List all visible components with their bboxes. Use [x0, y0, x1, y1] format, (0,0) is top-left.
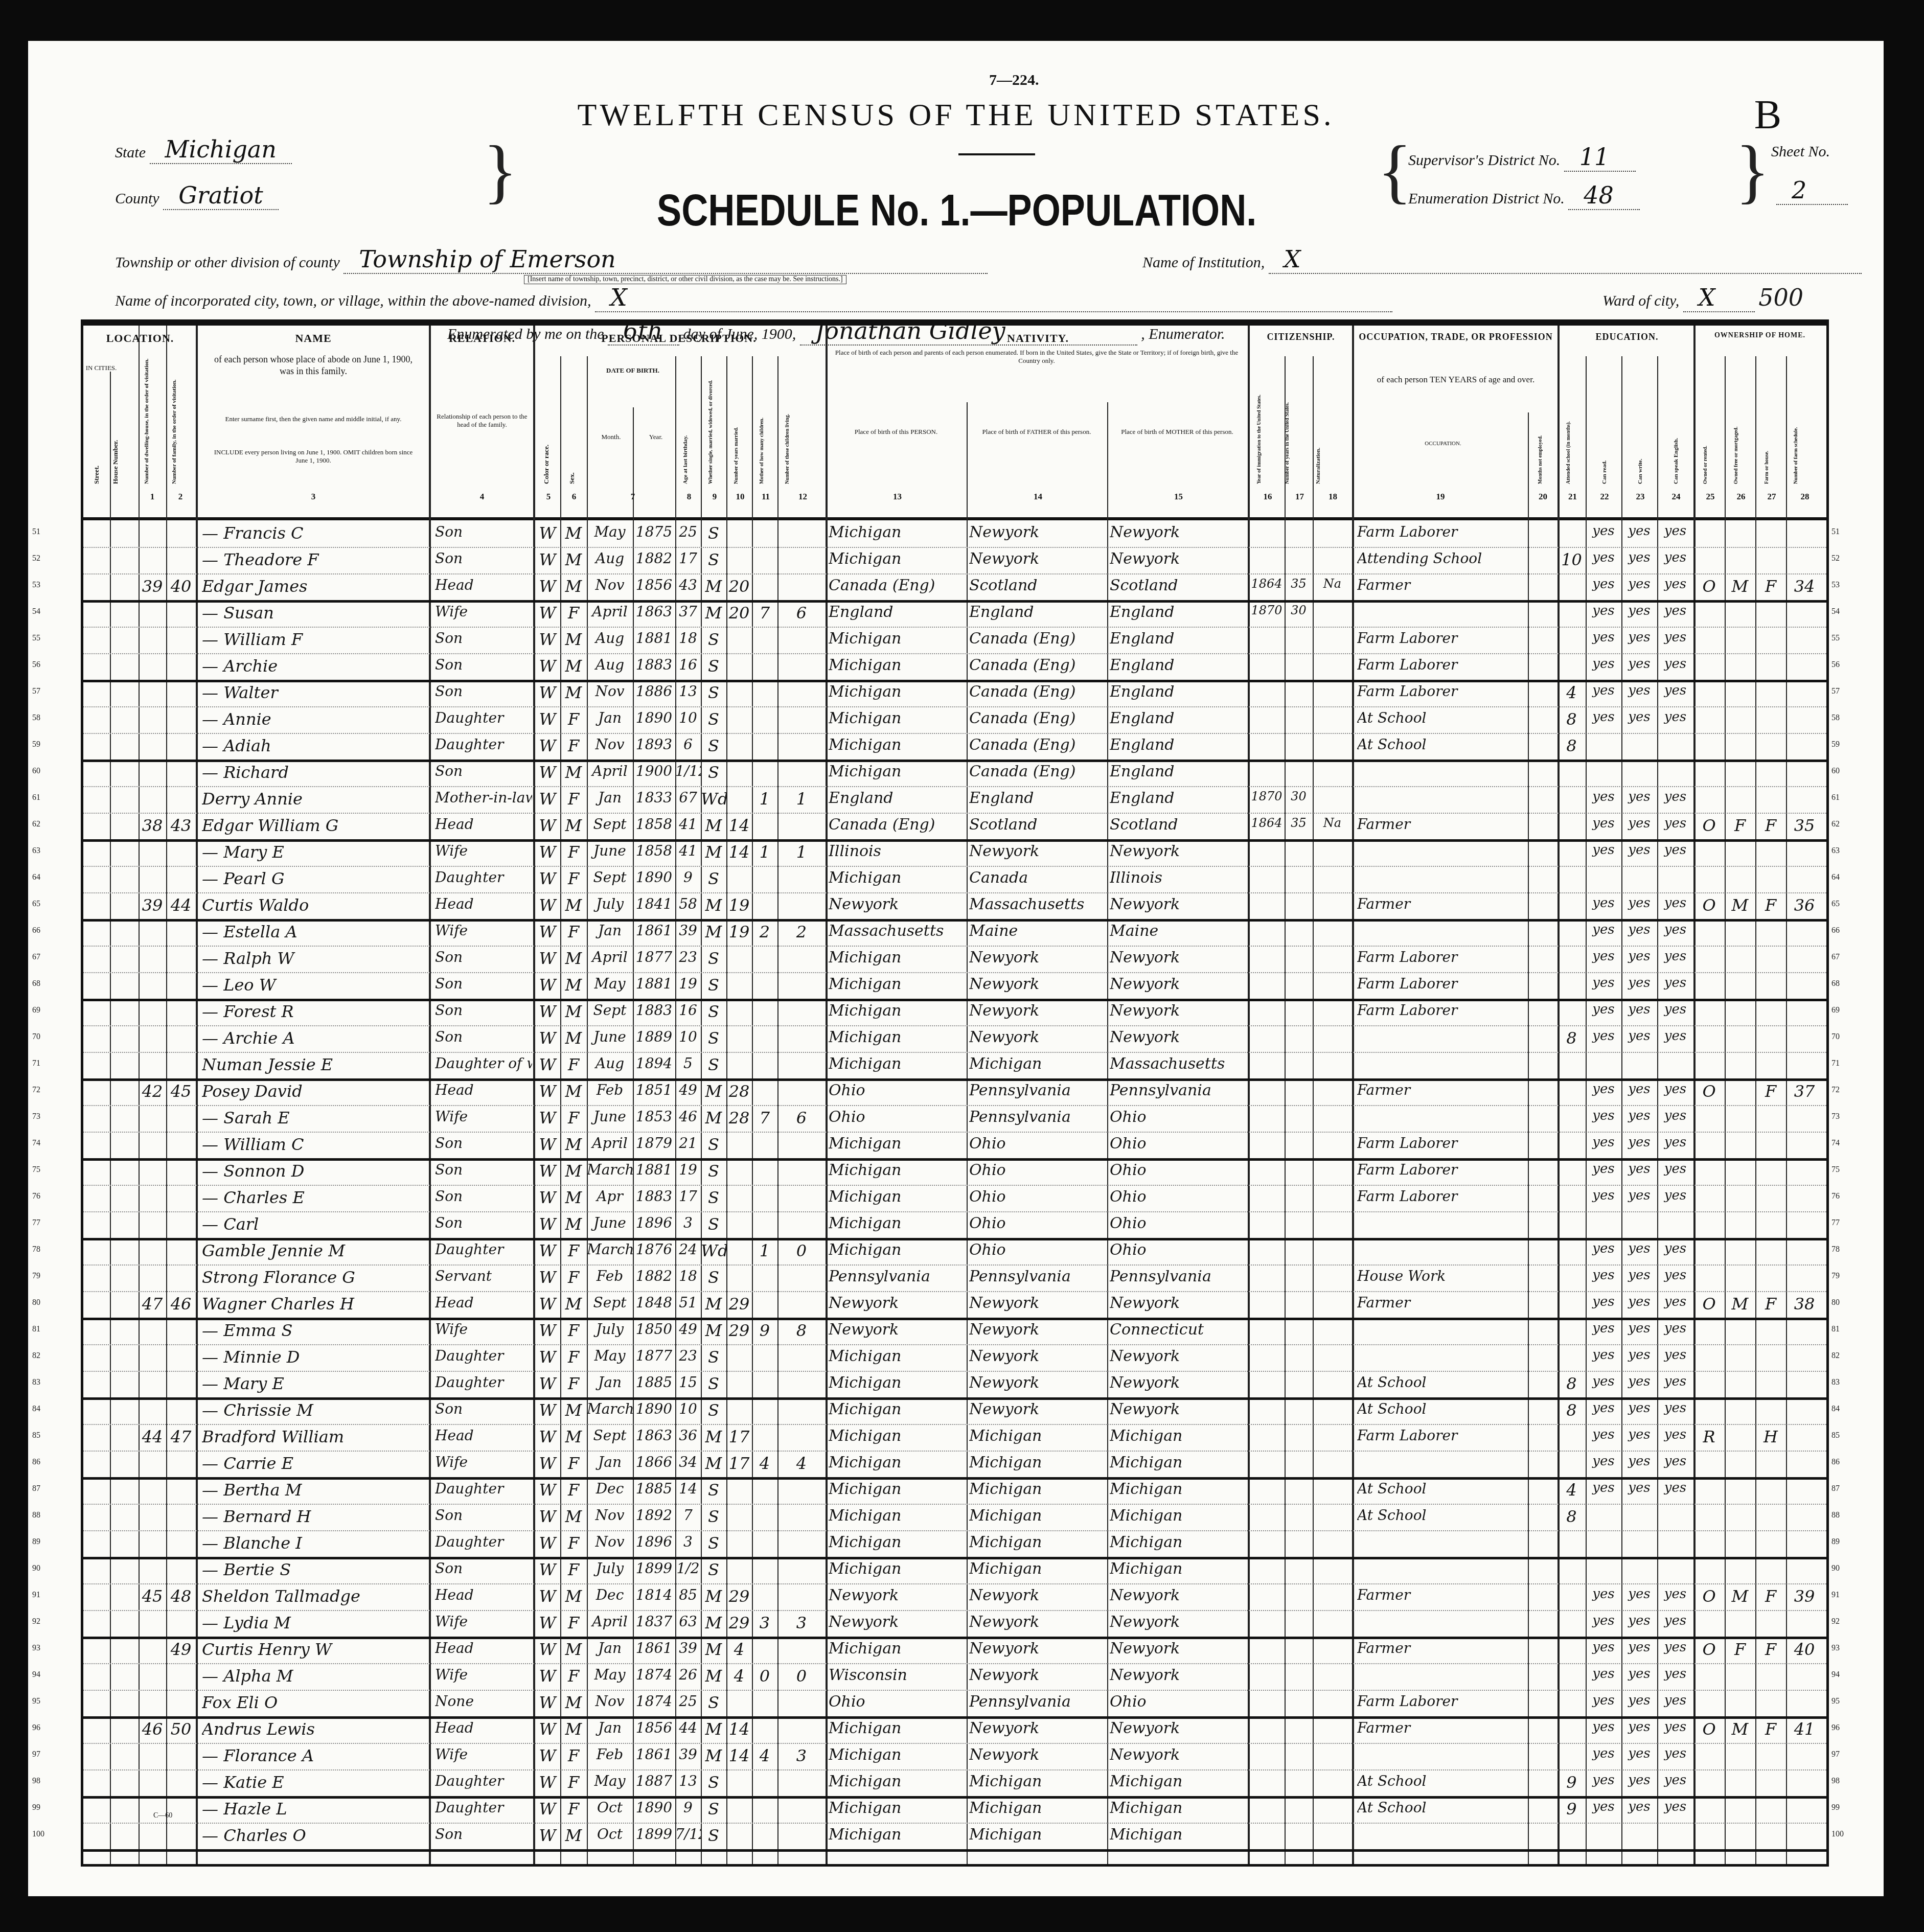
- age: 10: [675, 1400, 701, 1423]
- attended-school: 8: [1557, 736, 1586, 758]
- birth-year: 1899: [633, 1560, 675, 1582]
- table-row: — Archie A Son W M June 1889 10 S Michig…: [83, 1025, 1826, 1053]
- person-name: — Katie E: [202, 1773, 427, 1795]
- farm-or-house: [1755, 1693, 1786, 1715]
- birthplace-mother: Newyork: [1110, 1613, 1247, 1636]
- family-number: [166, 1693, 196, 1715]
- line-number-left: 89: [32, 1537, 40, 1547]
- relation: Head: [435, 1719, 532, 1742]
- sex: F: [560, 1666, 587, 1689]
- years-married: 4: [726, 1666, 752, 1689]
- years-married: [726, 1347, 752, 1370]
- farm-schedule-number: [1786, 656, 1823, 679]
- birth-year: 1874: [633, 1693, 675, 1715]
- naturalization: [1313, 1135, 1352, 1157]
- naturalization: Na: [1313, 577, 1352, 599]
- birth-month: March: [587, 1161, 633, 1184]
- occupation: [1357, 1533, 1528, 1556]
- header-nativity: NATIVITY.: [827, 332, 1249, 345]
- free-mortgaged: [1725, 1214, 1755, 1237]
- footer-mark: C—60: [153, 1812, 172, 1820]
- attended-school: [1557, 656, 1586, 679]
- birthplace-father: Michigan: [969, 1560, 1106, 1582]
- occupation: Farmer: [1357, 1586, 1528, 1609]
- mother-of: [752, 1002, 777, 1024]
- person-name: — Pearl G: [202, 869, 427, 891]
- marital-status: S: [701, 1799, 726, 1822]
- line-number-right: 93: [1831, 1644, 1840, 1653]
- can-read: yes: [1586, 922, 1621, 945]
- can-speak-english: yes: [1657, 1693, 1693, 1715]
- can-write: [1621, 1214, 1657, 1237]
- can-read: yes: [1586, 1799, 1621, 1822]
- marital-status: M: [701, 577, 726, 599]
- farm-or-house: F: [1755, 577, 1786, 599]
- birthplace-mother: Newyork: [1110, 1586, 1247, 1609]
- header-name-instr2: INCLUDE every person living on June 1, 1…: [211, 448, 416, 465]
- can-speak-english: yes: [1657, 1135, 1693, 1157]
- person-name: — Theadore F: [202, 550, 427, 572]
- free-mortgaged: [1725, 1560, 1755, 1582]
- can-speak-english: yes: [1657, 577, 1693, 599]
- table-header: LOCATION. IN CITIES. Street. House Numbe…: [83, 326, 1826, 520]
- family-number: [166, 1533, 196, 1556]
- marital-status: S: [701, 683, 726, 705]
- person-name: — Minnie D: [202, 1347, 427, 1370]
- naturalization: [1313, 1294, 1352, 1317]
- age: 1/12: [675, 763, 701, 785]
- dwelling-number: [139, 1480, 166, 1503]
- years-in-us: [1285, 1427, 1313, 1450]
- sex: F: [560, 842, 587, 865]
- age: 36: [675, 1427, 701, 1450]
- color: W: [535, 603, 560, 626]
- table-row: Derry Annie Mother-in-law W F Jan 1833 6…: [83, 786, 1826, 814]
- age: 85: [675, 1586, 701, 1609]
- can-read: yes: [1586, 1586, 1621, 1609]
- birthplace-mother: Ohio: [1110, 1161, 1247, 1184]
- farm-or-house: [1755, 789, 1786, 812]
- mother-of: [752, 1055, 777, 1077]
- naturalization: [1313, 1533, 1352, 1556]
- can-write: yes: [1621, 656, 1657, 679]
- birthplace-mother: Michigan: [1110, 1427, 1247, 1450]
- owned-rented: [1693, 1560, 1725, 1582]
- immigration-year: [1249, 763, 1285, 785]
- owned-rented: [1693, 1241, 1725, 1263]
- dwelling-number: [139, 975, 166, 998]
- free-mortgaged: [1725, 1799, 1755, 1822]
- months-unemployed: [1528, 1773, 1557, 1795]
- dwelling-number: [139, 1746, 166, 1768]
- years-married: 20: [726, 577, 752, 599]
- children-living: [777, 736, 826, 758]
- dwelling-number: [139, 1826, 166, 1848]
- can-speak-english: yes: [1657, 630, 1693, 652]
- occupation: At School: [1357, 1480, 1528, 1503]
- line-number-right: 60: [1831, 767, 1840, 776]
- dwelling-number: [139, 1321, 166, 1343]
- line-number-right: 52: [1831, 554, 1840, 563]
- col-number-21: 21: [1559, 492, 1587, 502]
- dwelling-number: [139, 1028, 166, 1051]
- years-in-us: 30: [1285, 789, 1313, 812]
- naturalization: [1313, 1666, 1352, 1689]
- marital-status: S: [701, 1693, 726, 1715]
- birth-month: Feb: [587, 1268, 633, 1290]
- family-number: [166, 949, 196, 971]
- table-row: 47 46 Wagner Charles H Head W M Sept 184…: [83, 1291, 1826, 1320]
- table-row: — Florance A Wife W F Feb 1861 39 M 14 4…: [83, 1743, 1826, 1770]
- months-unemployed: [1528, 1321, 1557, 1343]
- table-row: — Bertie S Son W F July 1899 1/2 S Michi…: [83, 1557, 1826, 1584]
- col-number-13: 13: [827, 492, 968, 502]
- line-number-right: 99: [1831, 1803, 1840, 1812]
- immigration-year: [1249, 1719, 1285, 1742]
- years-married: [726, 1028, 752, 1051]
- family-number: [166, 1374, 196, 1396]
- owned-rented: [1693, 1347, 1725, 1370]
- color: W: [535, 1002, 560, 1024]
- months-unemployed: [1528, 1082, 1557, 1104]
- children-living: 6: [777, 1108, 826, 1131]
- birth-year: 1866: [633, 1454, 675, 1476]
- occupation: [1357, 869, 1528, 891]
- line-number-left: 63: [32, 846, 40, 856]
- age: 23: [675, 1347, 701, 1370]
- can-read: yes: [1586, 1161, 1621, 1184]
- years-in-us: [1285, 1082, 1313, 1104]
- color: W: [535, 1640, 560, 1662]
- table-row: — Annie Daughter W F Jan 1890 10 S Michi…: [83, 706, 1826, 734]
- months-unemployed: [1528, 1799, 1557, 1822]
- line-number-right: 58: [1831, 714, 1840, 723]
- children-living: [777, 975, 826, 998]
- can-speak-english: yes: [1657, 1108, 1693, 1131]
- line-number-left: 85: [32, 1431, 40, 1440]
- birthplace-person: Michigan: [829, 975, 966, 998]
- birthplace-mother: England: [1110, 656, 1247, 679]
- months-unemployed: [1528, 1746, 1557, 1768]
- age: 41: [675, 842, 701, 865]
- color: W: [535, 922, 560, 945]
- enumeration-district-value: 48: [1568, 181, 1640, 210]
- can-speak-english: yes: [1657, 975, 1693, 998]
- farm-schedule-number: [1786, 869, 1823, 891]
- can-write: yes: [1621, 922, 1657, 945]
- can-read: yes: [1586, 1002, 1621, 1024]
- years-in-us: [1285, 1533, 1313, 1556]
- years-married: 29: [726, 1613, 752, 1636]
- farm-schedule-number: 38: [1786, 1294, 1823, 1317]
- birth-year: 1861: [633, 1746, 675, 1768]
- can-speak-english: [1657, 1826, 1693, 1848]
- years-in-us: [1285, 1773, 1313, 1795]
- owned-rented: [1693, 1214, 1725, 1237]
- header-citizenship: CITIZENSHIP.: [1250, 332, 1352, 342]
- attended-school: [1557, 1055, 1586, 1077]
- birthplace-person: Michigan: [829, 736, 966, 758]
- can-write: [1621, 869, 1657, 891]
- can-write: [1621, 1560, 1657, 1582]
- left-brace: }: [483, 135, 517, 207]
- naturalization: [1313, 789, 1352, 812]
- years-in-us: [1285, 922, 1313, 945]
- color: W: [535, 1480, 560, 1503]
- occupation: Farm Laborer: [1357, 949, 1528, 971]
- farm-or-house: [1755, 736, 1786, 758]
- can-write: yes: [1621, 1321, 1657, 1343]
- can-read: yes: [1586, 603, 1621, 626]
- birthplace-father: Michigan: [969, 1799, 1106, 1822]
- line-number-right: 90: [1831, 1564, 1840, 1573]
- mother-of: [752, 1268, 777, 1290]
- birthplace-person: Michigan: [829, 1214, 966, 1237]
- owned-rented: [1693, 949, 1725, 971]
- farm-schedule-number: [1786, 1108, 1823, 1131]
- col-number-25: 25: [1695, 492, 1726, 502]
- children-living: [777, 1161, 826, 1184]
- birthplace-father: Newyork: [969, 842, 1106, 865]
- birthplace-person: Michigan: [829, 1719, 966, 1742]
- line-number-right: 53: [1831, 581, 1840, 590]
- birthplace-person: Michigan: [829, 1374, 966, 1396]
- header-free-mortgaged: Owned free or mortgaged.: [1733, 361, 1739, 484]
- birth-month: Jan: [587, 1640, 633, 1662]
- years-married: [726, 630, 752, 652]
- mother-of: [752, 1188, 777, 1210]
- can-speak-english: yes: [1657, 1746, 1693, 1768]
- owned-rented: [1693, 656, 1725, 679]
- dwelling-number: [139, 1347, 166, 1370]
- line-number-left: 75: [32, 1165, 40, 1175]
- person-name: — Walter: [202, 683, 427, 705]
- occupation: Farm Laborer: [1357, 1427, 1528, 1450]
- line-number-left: 97: [32, 1750, 40, 1759]
- line-number-left: 86: [32, 1458, 40, 1467]
- years-in-us: [1285, 550, 1313, 572]
- birth-month: May: [587, 1773, 633, 1795]
- marital-status: S: [701, 1214, 726, 1237]
- relation: Head: [435, 895, 532, 918]
- birth-month: April: [587, 949, 633, 971]
- can-read: yes: [1586, 1693, 1621, 1715]
- mother-of: [752, 1533, 777, 1556]
- relation: Head: [435, 1294, 532, 1317]
- months-unemployed: [1528, 1480, 1557, 1503]
- birth-year: 1841: [633, 895, 675, 918]
- can-speak-english: yes: [1657, 789, 1693, 812]
- years-married: [726, 683, 752, 705]
- free-mortgaged: [1725, 1666, 1755, 1689]
- header-children-living: Number of these children living.: [785, 361, 790, 484]
- marital-status: S: [701, 1400, 726, 1423]
- occupation: [1357, 1560, 1528, 1582]
- birth-month: Aug: [587, 550, 633, 572]
- immigration-year: [1249, 1560, 1285, 1582]
- person-name: — Lydia M: [202, 1613, 427, 1636]
- free-mortgaged: [1725, 1241, 1755, 1263]
- farm-schedule-number: [1786, 1666, 1823, 1689]
- age: 10: [675, 709, 701, 732]
- table-row: — Ralph W Son W M April 1877 23 S Michig…: [83, 946, 1826, 973]
- age: 14: [675, 1480, 701, 1503]
- can-write: yes: [1621, 1480, 1657, 1503]
- dwelling-number: [139, 1214, 166, 1237]
- relation: Wife: [435, 1108, 532, 1131]
- children-living: [777, 709, 826, 732]
- age: 17: [675, 550, 701, 572]
- occupation: Attending School: [1357, 550, 1528, 572]
- age: 6: [675, 736, 701, 758]
- birth-year: 1877: [633, 1347, 675, 1370]
- children-living: 1: [777, 842, 826, 865]
- marital-status: S: [701, 1161, 726, 1184]
- naturalization: [1313, 1188, 1352, 1210]
- can-write: yes: [1621, 1746, 1657, 1768]
- mother-of: [752, 975, 777, 998]
- can-write: yes: [1621, 523, 1657, 546]
- can-read: yes: [1586, 789, 1621, 812]
- line-number-right: 96: [1831, 1723, 1840, 1733]
- sheet-no-value: 2: [1776, 176, 1848, 205]
- farm-schedule-number: [1786, 1507, 1823, 1529]
- birthplace-person: Michigan: [829, 1028, 966, 1051]
- line-number-right: 80: [1831, 1298, 1840, 1307]
- birthplace-father: Pennsylvania: [969, 1082, 1106, 1104]
- birthplace-father: Newyork: [969, 949, 1106, 971]
- sex: F: [560, 1480, 587, 1503]
- immigration-year: [1249, 1427, 1285, 1450]
- dwelling-number: [139, 922, 166, 945]
- table-row: 49 Curtis Henry W Head W M Jan 1861 39 M…: [83, 1637, 1826, 1664]
- family-number: 46: [166, 1294, 196, 1317]
- sex: M: [560, 949, 587, 971]
- family-number: [166, 1028, 196, 1051]
- birthplace-person: Michigan: [829, 550, 966, 572]
- dwelling-number: 39: [139, 895, 166, 918]
- farm-schedule-number: [1786, 1214, 1823, 1237]
- color: W: [535, 1055, 560, 1077]
- children-living: 3: [777, 1613, 826, 1636]
- person-name: — Adiah: [202, 736, 427, 758]
- header-occupation-desc: of each person TEN YEARS of age and over…: [1356, 374, 1555, 385]
- can-write: yes: [1621, 1454, 1657, 1476]
- birth-year: 1900: [633, 763, 675, 785]
- attended-school: [1557, 523, 1586, 546]
- years-married: 29: [726, 1586, 752, 1609]
- birthplace-mother: Michigan: [1110, 1480, 1247, 1503]
- farm-schedule-number: [1786, 789, 1823, 812]
- owned-rented: [1693, 683, 1725, 705]
- months-unemployed: [1528, 922, 1557, 945]
- farm-schedule-number: [1786, 523, 1823, 546]
- line-number-left: 59: [32, 740, 40, 749]
- line-number-left: 84: [32, 1405, 40, 1414]
- header-birth-mother: Place of birth of MOTHER of this person.: [1111, 428, 1244, 436]
- attended-school: [1557, 1746, 1586, 1768]
- can-write: [1621, 1507, 1657, 1529]
- col-number-1: 1: [140, 492, 165, 502]
- free-mortgaged: [1725, 736, 1755, 758]
- birth-year: 1899: [633, 1826, 675, 1848]
- immigration-year: [1249, 630, 1285, 652]
- line-number-left: 87: [32, 1484, 40, 1493]
- immigration-year: [1249, 1161, 1285, 1184]
- marital-status: M: [701, 1613, 726, 1636]
- can-write: yes: [1621, 1666, 1657, 1689]
- farm-or-house: [1755, 1347, 1786, 1370]
- years-in-us: 35: [1285, 816, 1313, 838]
- color: W: [535, 683, 560, 705]
- birthplace-mother: Massachusetts: [1110, 1055, 1247, 1077]
- county-field: County Gratiot: [115, 181, 279, 210]
- birthplace-father: Newyork: [969, 523, 1106, 546]
- col-number-9: 9: [702, 492, 727, 502]
- months-unemployed: [1528, 603, 1557, 626]
- relation: Son: [435, 656, 532, 679]
- dwelling-number: [139, 1640, 166, 1662]
- farm-schedule-number: [1786, 1613, 1823, 1636]
- children-living: [777, 550, 826, 572]
- age: 49: [675, 1321, 701, 1343]
- can-write: yes: [1621, 1028, 1657, 1051]
- relation: Wife: [435, 842, 532, 865]
- farm-schedule-number: [1786, 630, 1823, 652]
- farm-schedule-number: [1786, 975, 1823, 998]
- free-mortgaged: [1725, 630, 1755, 652]
- birthplace-mother: Ohio: [1110, 1135, 1247, 1157]
- col-number-20: 20: [1529, 492, 1557, 502]
- age: 16: [675, 656, 701, 679]
- dwelling-number: 46: [139, 1719, 166, 1742]
- color: W: [535, 577, 560, 599]
- mother-of: 4: [752, 1746, 777, 1768]
- birthplace-mother: Newyork: [1110, 842, 1247, 865]
- can-write: yes: [1621, 630, 1657, 652]
- col-number-2: 2: [168, 492, 193, 502]
- owned-rented: O: [1693, 1082, 1725, 1104]
- birthplace-father: Canada (Eng): [969, 709, 1106, 732]
- dwelling-number: [139, 763, 166, 785]
- table-row: — Emma S Wife W F July 1850 49 M 29 9 8 …: [83, 1318, 1826, 1345]
- dwelling-number: [139, 1002, 166, 1024]
- birthplace-mother: England: [1110, 630, 1247, 652]
- person-name: — Richard: [202, 763, 427, 785]
- can-write: [1621, 1826, 1657, 1848]
- free-mortgaged: [1725, 949, 1755, 971]
- attended-school: [1557, 1294, 1586, 1317]
- can-read: yes: [1586, 1427, 1621, 1450]
- township-field: Township or other division of county Tow…: [115, 245, 988, 274]
- family-number: [166, 1560, 196, 1582]
- line-number-right: 95: [1831, 1697, 1840, 1706]
- can-write: yes: [1621, 1613, 1657, 1636]
- birthplace-mother: Scotland: [1110, 816, 1247, 838]
- header-can-read: Can read.: [1601, 402, 1608, 484]
- header-age: Age at last birthday.: [682, 387, 689, 484]
- birthplace-person: Michigan: [829, 1746, 966, 1768]
- years-in-us: [1285, 1560, 1313, 1582]
- relation: Daughter: [435, 1799, 532, 1822]
- marital-status: S: [701, 1188, 726, 1210]
- sex: M: [560, 523, 587, 546]
- sheet-no-label: Sheet No.: [1771, 143, 1830, 160]
- age: 63: [675, 1613, 701, 1636]
- line-number-right: 65: [1831, 900, 1840, 909]
- birthplace-mother: Michigan: [1110, 1799, 1247, 1822]
- relation: Servant: [435, 1268, 532, 1290]
